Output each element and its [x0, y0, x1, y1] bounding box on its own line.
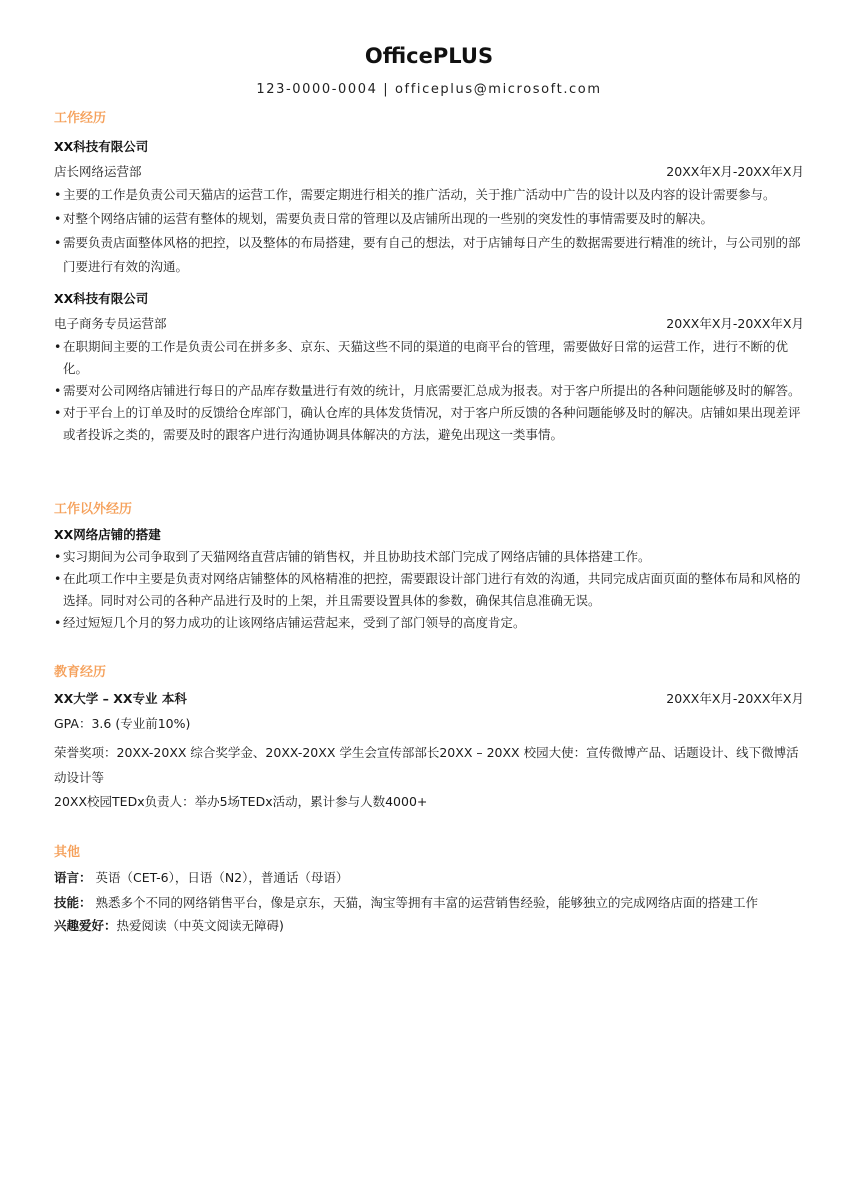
- other-value: 英语（CET-6），日语（N2），普通话（母语）: [92, 870, 349, 885]
- education-date: 20XX年X月-20XX年X月: [666, 690, 804, 708]
- other-languages: 语言： 英语（CET-6），日语（N2），普通话（母语）: [54, 869, 804, 887]
- job-bullet: 需要负责店面整体风格的把控，以及整体的布局搭建，要有自己的想法，对于店铺每日产生…: [54, 231, 804, 279]
- job-role: 电子商务专员运营部: [54, 315, 167, 333]
- other-label: 技能：: [54, 895, 92, 910]
- contact-info: 123-0000-0004 | officeplus@microsoft.com: [54, 81, 804, 99]
- other-value: 热爱阅读（中英文阅读无障碍): [117, 918, 284, 933]
- job-bullets: 在职期间主要的工作是负责公司在拼多多、京东、天猫这些不同的渠道的电商平台的管理，…: [54, 336, 804, 446]
- other-label: 语言：: [54, 870, 92, 885]
- project-bullet: 实习期间为公司争取到了天猫网络直营店铺的销售权，并且协助技术部门完成了网络店铺的…: [54, 546, 804, 568]
- school-row: XX大学 – XX专业 本科 20XX年X月-20XX年X月: [54, 690, 804, 708]
- project-bullet: 经过短短几个月的努力成功的让该网络店铺运营起来，受到了部门领导的高度肯定。: [54, 612, 804, 634]
- section-title-other: 其他: [54, 844, 804, 862]
- job-bullet: 主要的工作是负责公司天猫店的运营工作，需要定期进行相关的推广活动，关于推广活动中…: [54, 183, 804, 207]
- section-title-work: 工作经历: [54, 110, 804, 128]
- other-block: 语言： 英语（CET-6），日语（N2），普通话（母语） 技能： 熟悉多个不同的…: [54, 869, 804, 935]
- job-role-row: 店长网络运营部 20XX年X月-20XX年X月: [54, 163, 804, 181]
- other-hobbies: 兴趣爱好：热爱阅读（中英文阅读无障碍): [54, 917, 804, 935]
- job-1: XX科技有限公司 店长网络运营部 20XX年X月-20XX年X月 主要的工作是负…: [54, 138, 804, 279]
- job-company: XX科技有限公司: [54, 138, 804, 156]
- project-bullets: 实习期间为公司争取到了天猫网络直营店铺的销售权，并且协助技术部门完成了网络店铺的…: [54, 546, 804, 634]
- job-bullet: 在职期间主要的工作是负责公司在拼多多、京东、天猫这些不同的渠道的电商平台的管理，…: [54, 336, 804, 380]
- project-bullet: 在此项工作中主要是负责对网络店铺整体的风格精准的把控，需要跟设计部门进行有效的沟…: [54, 568, 804, 612]
- job-bullet: 对整个网络店铺的运营有整体的规划，需要负责日常的管理以及店铺所出现的一些别的突发…: [54, 207, 804, 231]
- gpa: GPA：3.6 (专业前10%): [54, 715, 804, 733]
- job-bullet: 需要对公司网络店铺进行每日的产品库存数量进行有效的统计，月底需要汇总成为报表。对…: [54, 380, 804, 402]
- job-bullets: 主要的工作是负责公司天猫店的运营工作，需要定期进行相关的推广活动，关于推广活动中…: [54, 183, 804, 279]
- honors: 荣誉奖项：20XX-20XX 综合奖学金、20XX-20XX 学生会宣传部部长2…: [54, 740, 804, 790]
- job-role: 店长网络运营部: [54, 163, 142, 181]
- tedx: 20XX校园TEDx负责人：举办5场TEDx活动，累计参与人数4000+: [54, 793, 804, 811]
- school-name: XX大学 – XX专业 本科: [54, 690, 187, 708]
- job-date: 20XX年X月-20XX年X月: [666, 315, 804, 333]
- section-title-extra: 工作以外经历: [54, 501, 804, 519]
- job-company: XX科技有限公司: [54, 290, 804, 308]
- job-bullet: 对于平台上的订单及时的反馈给仓库部门，确认仓库的具体发货情况，对于客户所反馈的各…: [54, 402, 804, 446]
- other-skills: 技能： 熟悉多个不同的网络销售平台，像是京东，天猫，淘宝等拥有丰富的运营销售经验…: [54, 894, 804, 912]
- education-block: XX大学 – XX专业 本科 20XX年X月-20XX年X月 GPA：3.6 (…: [54, 690, 804, 811]
- job-2: XX科技有限公司 电子商务专员运营部 20XX年X月-20XX年X月 在职期间主…: [54, 290, 804, 446]
- other-label: 兴趣爱好：: [54, 918, 117, 933]
- extra-project: XX网络店铺的搭建 实习期间为公司争取到了天猫网络直营店铺的销售权，并且协助技术…: [54, 526, 804, 634]
- job-role-row: 电子商务专员运营部 20XX年X月-20XX年X月: [54, 315, 804, 333]
- other-value: 熟悉多个不同的网络销售平台，像是京东，天猫，淘宝等拥有丰富的运营销售经验，能够独…: [92, 895, 758, 910]
- candidate-name: OfficePLUS: [54, 43, 804, 69]
- section-title-education: 教育经历: [54, 664, 804, 682]
- project-name: XX网络店铺的搭建: [54, 526, 804, 544]
- job-date: 20XX年X月-20XX年X月: [666, 163, 804, 181]
